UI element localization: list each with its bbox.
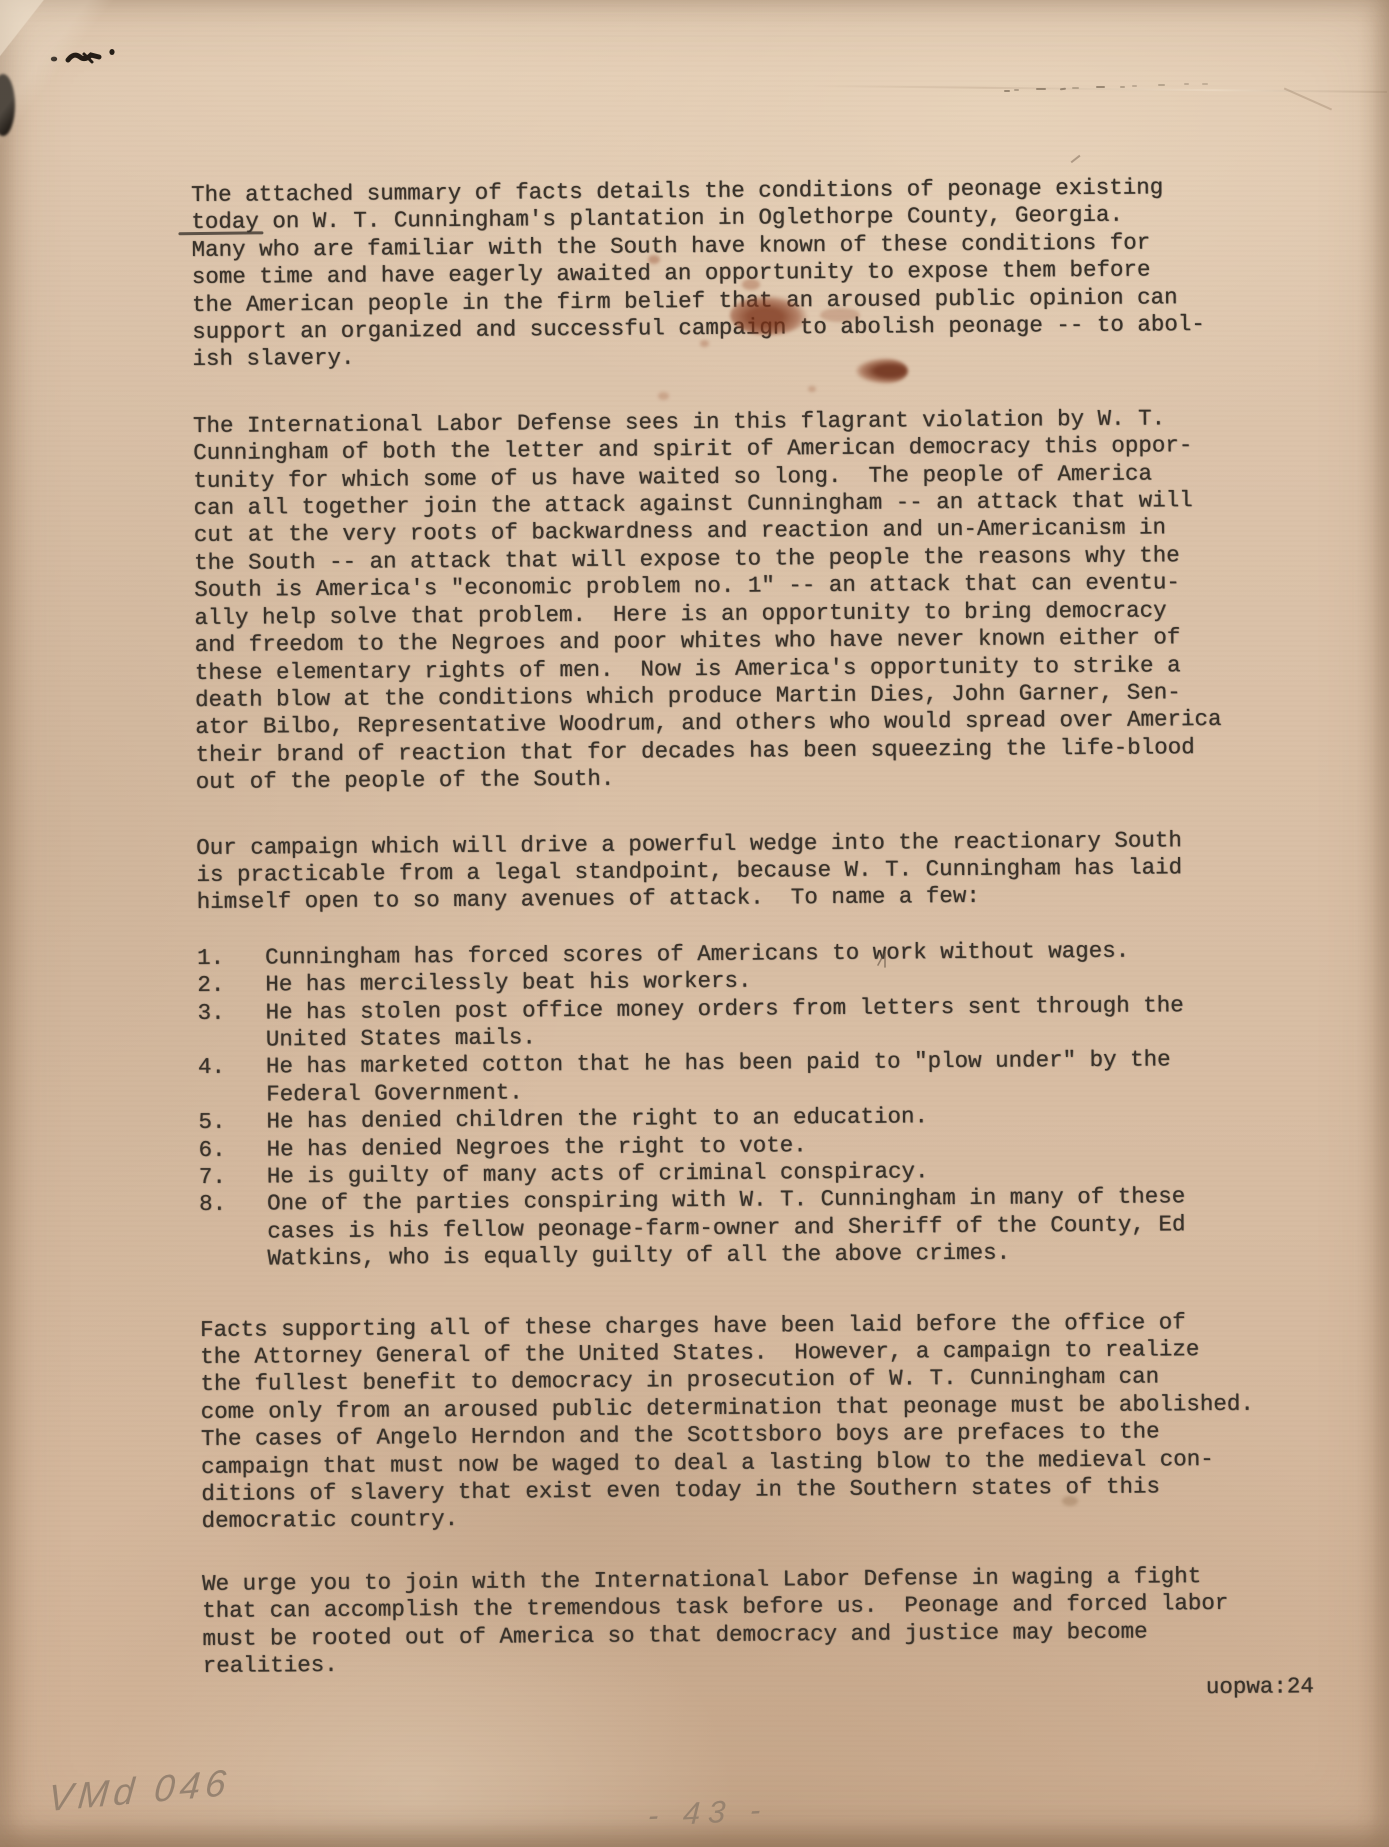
pencil-dash-mark: [1060, 88, 1066, 91]
list-item-text: He has marketed cotton that he has been …: [266, 1046, 1323, 1109]
pencil-dash-mark: [1072, 87, 1079, 89]
list-item: 8. One of the parties conspiring with W.…: [199, 1183, 1325, 1274]
list-item-text: He has stolen post office money orders f…: [265, 991, 1322, 1054]
pencil-dash-mark: [1184, 83, 1189, 85]
list-item-number: 3.: [197, 999, 224, 1027]
paper-crease: [812, 85, 1387, 93]
list-item-number: 7.: [199, 1164, 226, 1192]
handwritten-archive-code: VMd 046: [46, 1762, 232, 1820]
faint-crease-line: [1284, 87, 1332, 110]
list-item-number: 2.: [197, 972, 224, 1000]
handwritten-page-number: - 43 -: [647, 1792, 769, 1834]
list-item-number: 8.: [199, 1191, 226, 1219]
pencil-dash-mark: [1158, 84, 1165, 86]
list-item: 3. He has stolen post office money order…: [197, 991, 1322, 1055]
list-item-number: 4.: [198, 1054, 225, 1082]
list-item-number: 6.: [199, 1136, 226, 1164]
ink-squiggle-mark: [46, 40, 132, 72]
paragraph-attorney-general: Facts supporting all of these charges ha…: [200, 1308, 1327, 1536]
pencil-dash-mark: [1096, 86, 1105, 88]
pencil-tick-mark: [1071, 155, 1081, 163]
paragraph-legal-standpoint: Our campaign which will drive a powerful…: [196, 826, 1322, 917]
pencil-dash-mark: [1004, 90, 1010, 92]
pencil-dash-mark: [1120, 86, 1125, 88]
scanned-document-page: The attached summary of facts details th…: [0, 0, 1389, 1847]
list-item-text: One of the parties conspiring with W. T.…: [267, 1183, 1325, 1274]
charges-list: 1. Cunningham has forced scores of Ameri…: [197, 936, 1325, 1274]
list-item-number: 5.: [198, 1109, 225, 1137]
pencil-dash-mark: [1132, 85, 1137, 87]
paragraph-intro: The attached summary of facts details th…: [191, 173, 1317, 374]
paragraph-ild-campaign: The International Labor Defense sees in …: [193, 404, 1321, 797]
pencil-dash-mark: [1036, 88, 1046, 90]
scan-edge-blot: [0, 74, 15, 136]
paragraph-closing-appeal: We urge you to join with the Internation…: [202, 1562, 1328, 1680]
pencil-dash-mark: [1014, 89, 1019, 91]
list-item-number: 1.: [197, 945, 224, 973]
pencil-dash-mark: [1202, 83, 1208, 85]
typewritten-text-block: The attached summary of facts details th…: [191, 173, 1328, 1709]
list-item: 4. He has marketed cotton that he has be…: [198, 1046, 1323, 1110]
